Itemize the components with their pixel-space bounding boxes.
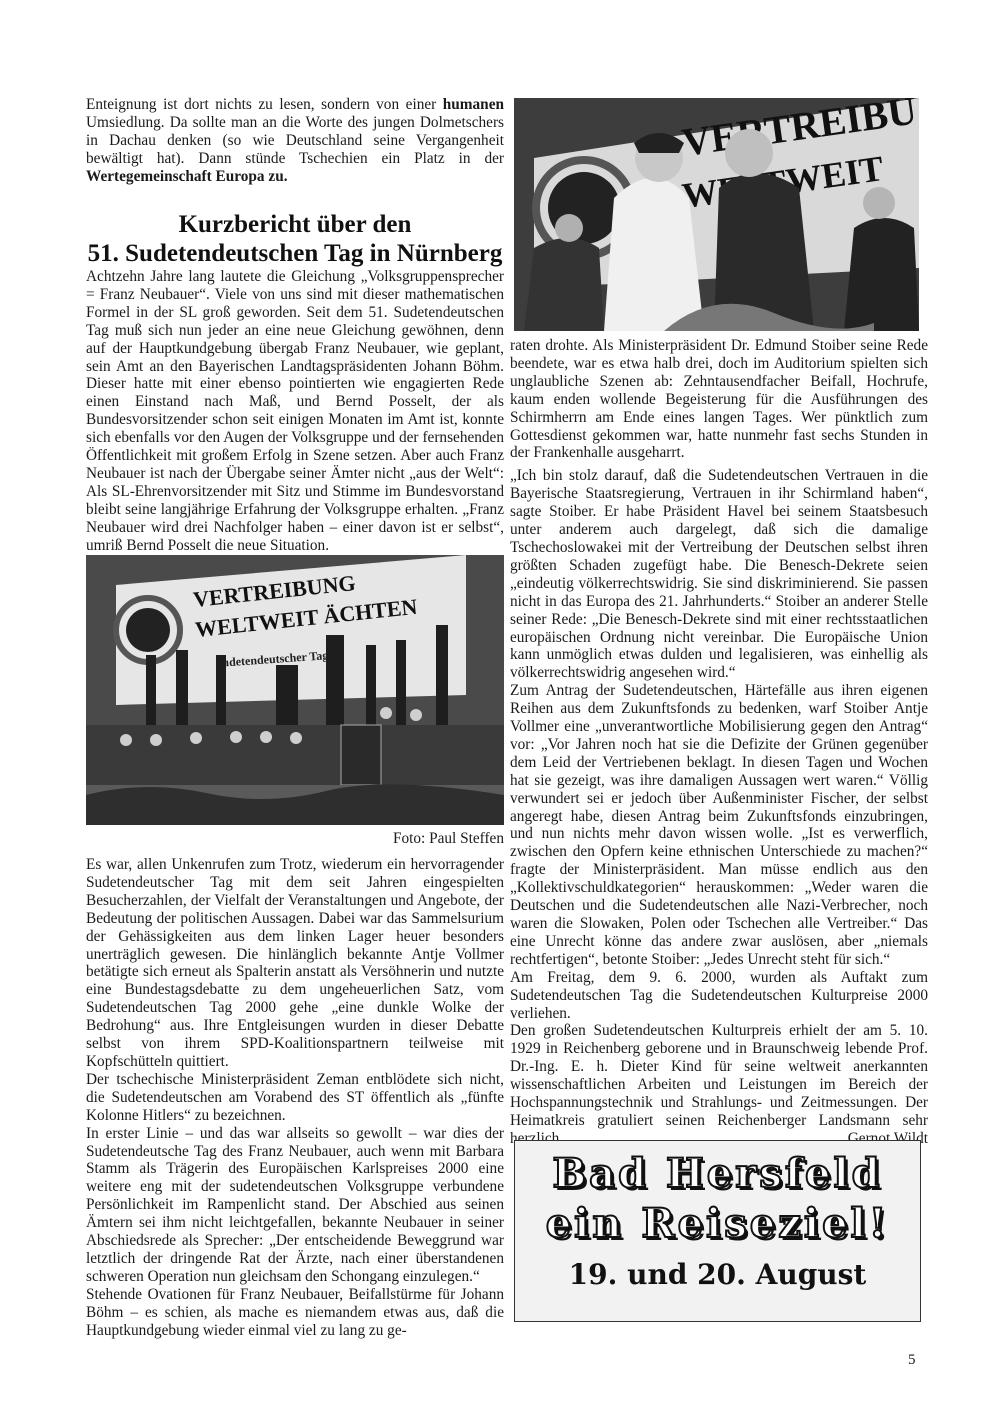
intro-paragraph: Enteignung ist dort nichts zu lesen, son…: [86, 96, 504, 186]
headline-line-1: Kurzbericht über den: [179, 211, 412, 238]
intro-bold-1: humanen: [443, 96, 504, 113]
intro-text: Enteignung ist dort nichts zu lesen, son…: [86, 96, 443, 113]
stage-photo-image: VERTREIBUNG WELTWEIT ÄCHTEN Sudetendeuts…: [86, 555, 504, 825]
paragraph: In erster Linie – und das war allseits s…: [86, 1125, 504, 1286]
paragraph: Den großen Sudetendeutschen Kulturpreis …: [510, 1022, 928, 1146]
ad-date: 19. und 20. August: [515, 1255, 920, 1295]
paragraph: Stehende Ovationen für Franz Neubauer, B…: [86, 1286, 504, 1340]
article-headline: Kurzbericht über den 51. Sudetendeutsche…: [86, 210, 504, 268]
paragraph: Der tschechische Ministerpräsident Zeman…: [86, 1071, 504, 1125]
right-column-text: raten drohte. Als Ministerpräsident Dr. …: [510, 337, 928, 1148]
paragraph: Am Freitag, dem 9. 6. 2000, wurden als A…: [510, 969, 928, 1023]
ad-line-2: ein Reiseziel!: [515, 1199, 920, 1249]
paragraph: Zum Antrag der Sudetendeutschen, Härtefä…: [510, 682, 928, 969]
stamm-stoiber-photo-image: VERTREIBU WELTWEIT: [514, 98, 919, 331]
left-column-text-2: Es war, allen Unkenrufen zum Trotz, wied…: [86, 856, 504, 1339]
paragraph: raten drohte. Als Ministerpräsident Dr. …: [510, 337, 928, 462]
headline-line-2: 51. Sudetendeutschen Tag in Nürnberg: [88, 240, 503, 267]
bad-hersfeld-ad: Bad Hersfeld ein Reiseziel! 19. und 20. …: [514, 1140, 921, 1322]
photo-stamm-stoiber: VERTREIBU WELTWEIT: [514, 98, 919, 331]
photo-stage-banner: VERTREIBUNG WELTWEIT ÄCHTEN Sudetendeuts…: [86, 555, 504, 825]
paragraph: Es war, allen Unkenrufen zum Trotz, wied…: [86, 856, 504, 1071]
intro-bold-2: Wertegemeinschaft Europa zu.: [86, 168, 288, 185]
page-number: 5: [908, 1352, 916, 1369]
paragraph: Achtzehn Jahre lang lautete die Gleichun…: [86, 268, 504, 555]
photo-caption: Foto: Paul Steffen: [86, 830, 504, 848]
intro-text-mid: Umsiedlung. Da sollte man an die Worte d…: [86, 114, 504, 167]
left-column-text-1: Achtzehn Jahre lang lautete die Gleichun…: [86, 268, 504, 555]
ad-line-1: Bad Hersfeld: [515, 1149, 920, 1199]
paragraph: „Ich bin stolz darauf, daß die Sudetende…: [510, 467, 928, 682]
